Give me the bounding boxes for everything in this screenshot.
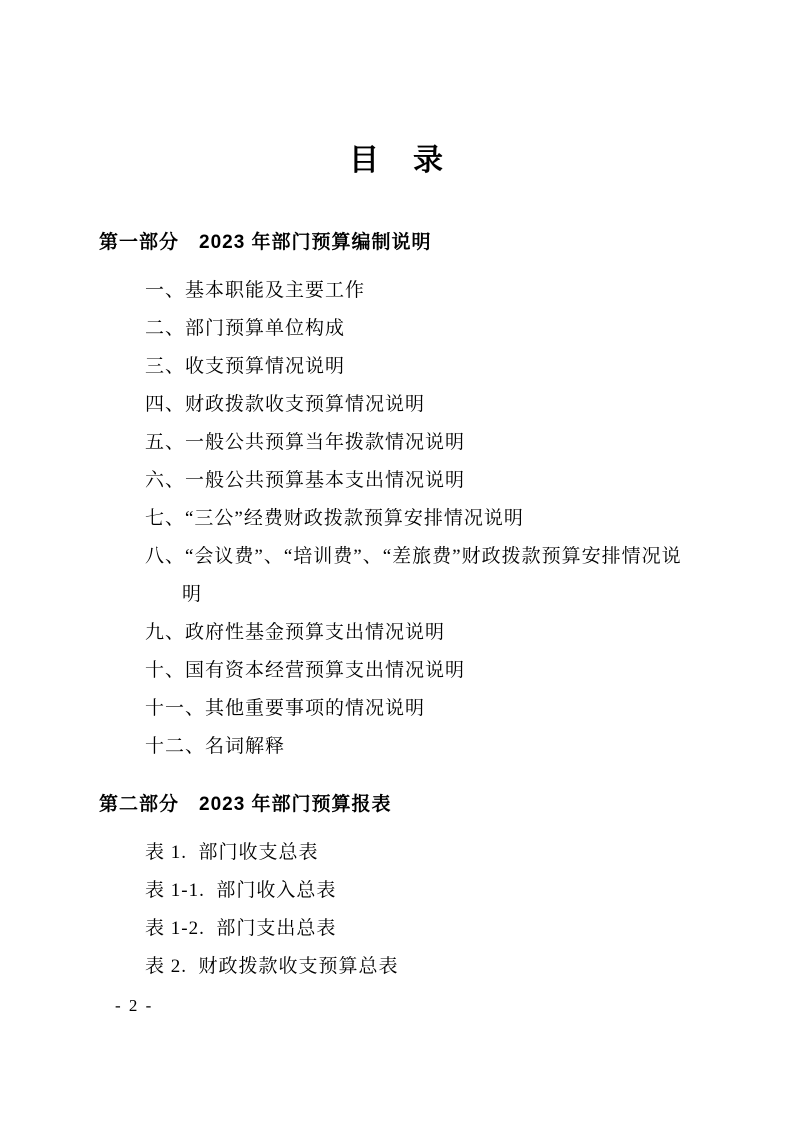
toc-item-1-9: 九、政府性基金预算支出情况说明 bbox=[145, 614, 695, 652]
toc-item-2-3: 表 1-2. 部门支出总表 bbox=[145, 910, 695, 948]
toc-item-1-1: 一、基本职能及主要工作 bbox=[145, 272, 695, 310]
toc-item-1-8: 八、“会议费”、“培训费”、“差旅费”财政拨款预算安排情况说明 bbox=[145, 538, 695, 614]
toc-item-1-11: 十一、其他重要事项的情况说明 bbox=[145, 690, 695, 728]
toc-item-1-10: 十、国有资本经营预算支出情况说明 bbox=[145, 652, 695, 690]
toc-section-1: 第一部分 2023 年部门预算编制说明 一、基本职能及主要工作 二、部门预算单位… bbox=[99, 230, 695, 766]
toc-title: 目 录 bbox=[99, 140, 695, 182]
toc-item-1-6: 六、一般公共预算基本支出情况说明 bbox=[145, 462, 695, 500]
toc-item-1-2: 二、部门预算单位构成 bbox=[145, 310, 695, 348]
toc-item-1-5: 五、一般公共预算当年拨款情况说明 bbox=[145, 424, 695, 462]
toc-item-1-3: 三、收支预算情况说明 bbox=[145, 348, 695, 386]
section-2-heading: 第二部分 2023 年部门预算报表 bbox=[99, 792, 695, 818]
toc-item-1-4: 四、财政拨款收支预算情况说明 bbox=[145, 386, 695, 424]
toc-item-2-4: 表 2. 财政拨款收支预算总表 bbox=[145, 948, 695, 986]
toc-section-2: 第二部分 2023 年部门预算报表 表 1. 部门收支总表 表 1-1. 部门收… bbox=[99, 792, 695, 986]
section-1-heading: 第一部分 2023 年部门预算编制说明 bbox=[99, 230, 695, 256]
toc-item-2-1: 表 1. 部门收支总表 bbox=[145, 834, 695, 872]
toc-item-2-2: 表 1-1. 部门收入总表 bbox=[145, 872, 695, 910]
section-2-items: 表 1. 部门收支总表 表 1-1. 部门收入总表 表 1-2. 部门支出总表 … bbox=[145, 834, 695, 986]
page-number: - 2 - bbox=[115, 996, 695, 1016]
toc-item-1-12: 十二、名词解释 bbox=[145, 728, 695, 766]
toc-item-1-7: 七、“三公”经费财政拨款预算安排情况说明 bbox=[145, 500, 695, 538]
section-1-items: 一、基本职能及主要工作 二、部门预算单位构成 三、收支预算情况说明 四、财政拨款… bbox=[145, 272, 695, 766]
document-page: 目 录 第一部分 2023 年部门预算编制说明 一、基本职能及主要工作 二、部门… bbox=[0, 0, 793, 1122]
